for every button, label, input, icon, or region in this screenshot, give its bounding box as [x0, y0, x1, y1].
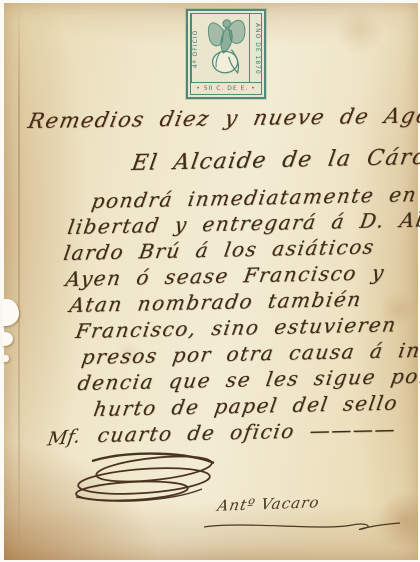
- handwriting-line-date: Remedios diez y nueve de Agosto 1870: [26, 102, 420, 133]
- primary-signature-rubric: [62, 447, 234, 513]
- handwriting-line: Ayen ó sease Francisco y: [64, 260, 387, 291]
- revenue-stamp: 4ª OFICIO AÑO DE 1870 • 50 C. DE E. •: [186, 9, 266, 99]
- angel-figure-icon: [201, 13, 251, 83]
- handwriting-line: Atan nombrado también: [68, 287, 364, 317]
- stamp-denomination-label: • 50 C. DE E. •: [191, 82, 261, 94]
- handwriting-line: hurto de papel del sello: [92, 391, 400, 421]
- handwriting-line: cuarto de oficio ————: [96, 417, 398, 447]
- torn-edge-chip: [3, 355, 9, 362]
- torn-edge-chip: [2, 299, 19, 326]
- handwriting-line: lardo Brú á los asiáticos: [62, 235, 377, 265]
- handwriting-line: El Alcaide de la Cárcel: [130, 144, 420, 176]
- torn-edge-chip: [2, 332, 13, 346]
- stamp-vignette: [203, 14, 249, 82]
- aged-paper-sheet: 4ª OFICIO AÑO DE 1870 • 50 C. DE E. •: [4, 3, 418, 560]
- fold-crease: [18, 3, 20, 560]
- secondary-signature: Antº Vacaro: [216, 493, 321, 515]
- document-scan: 4ª OFICIO AÑO DE 1870 • 50 C. DE E. •: [0, 0, 420, 562]
- handwriting-line: Francisco, sino estuvieren: [74, 312, 399, 343]
- stamp-frame: 4ª OFICIO AÑO DE 1870 • 50 C. DE E. •: [190, 13, 262, 95]
- signature-underline-flourish: [202, 515, 402, 539]
